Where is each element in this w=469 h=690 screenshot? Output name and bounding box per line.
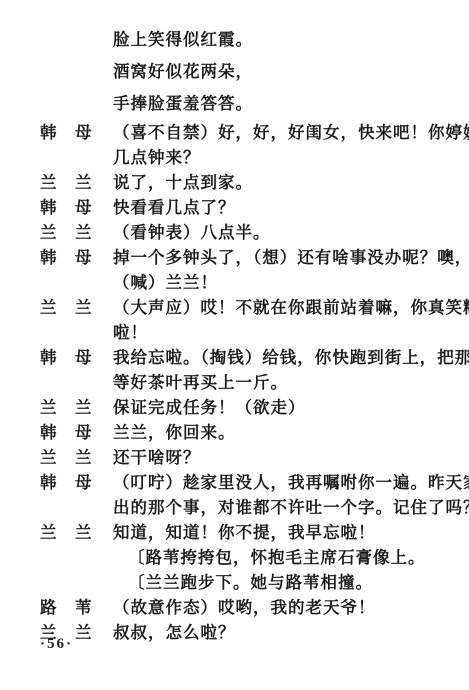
dialogue-text: 快看看几点了？	[113, 198, 236, 217]
speaker-name: 韩 母	[40, 470, 110, 495]
dialogue-continuation: 等好茶叶再买上一斤。	[0, 370, 469, 395]
dialogue-line: 兰 兰 保证完成任务！（欲走）	[0, 395, 469, 420]
speaker-name: 兰 兰	[40, 295, 110, 320]
dialogue-line: 兰 兰 说了，十点到家。	[0, 170, 469, 195]
dialogue-text: （故意作态）哎哟，我的老天爷！	[113, 598, 376, 617]
verse-line: 手捧脸蛋羞答答。	[0, 88, 469, 120]
stage-direction: 〔路苇挎挎包，怀抱毛主席石膏像上。	[0, 545, 469, 570]
dialogue-text: （看钟表）八点半。	[113, 223, 271, 242]
dialogue-line: 韩 母 （喜不自禁）好，好，好闺女，快来吧！你婷嫂说	[0, 120, 469, 145]
dialogue-continuation: 几点钟来？	[0, 145, 469, 170]
speaker-name: 兰 兰	[40, 170, 110, 195]
dialogue-text: 还干啥呀？	[113, 448, 201, 467]
dialogue-line: 路 苇 （故意作态）哎哟，我的老天爷！	[0, 595, 469, 620]
dialogue-line: 韩 母 兰兰，你回来。	[0, 420, 469, 445]
dialogue-text: （喜不自禁）好，好，好闺女，快来吧！你婷嫂说	[113, 123, 469, 142]
verse-line: 酒窝好似花两朵，	[0, 56, 469, 88]
dialogue-line: 兰 兰 （大声应）哎！不就在你跟前站着嘛，你真笑糊涂	[0, 295, 469, 320]
dialogue-text: 等好茶叶再买上一斤。	[113, 373, 288, 392]
speaker-name: 韩 母	[40, 120, 110, 145]
dialogue-line: 兰 兰 （看钟表）八点半。	[0, 220, 469, 245]
dialogue-line: 韩 母 我给忘啦。（掏钱）给钱，你快跑到街上，把那上	[0, 345, 469, 370]
verse-text: 酒窝好似花两朵，	[113, 62, 253, 81]
dialogue-text: 我给忘啦。（掏钱）给钱，你快跑到街上，把那上	[113, 348, 469, 367]
verse-text: 手捧脸蛋羞答答。	[113, 94, 253, 113]
speaker-name: 韩 母	[40, 245, 110, 270]
verse-line: 脸上笑得似红霞。	[0, 24, 469, 56]
stage-direction-text: 〔路苇挎挎包，怀抱毛主席石膏像上。	[128, 548, 426, 567]
dialogue-line: 兰 兰 知道，知道！你不提，我早忘啦！	[0, 520, 469, 545]
speaker-name: 兰 兰	[40, 520, 110, 545]
dialogue-text: 兰兰，你回来。	[113, 423, 236, 442]
speaker-name: 韩 母	[40, 345, 110, 370]
dialogue-text: 出的那个事，对谁都不许吐一个字。记住了吗？	[113, 498, 469, 517]
dialogue-continuation: （喊）兰兰！	[0, 270, 469, 295]
stage-direction-text: 〔兰兰跑步下。她与路苇相撞。	[128, 573, 373, 592]
dialogue-text: （喊）兰兰！	[113, 273, 218, 292]
dialogue-line: 韩 母 掉一个多钟头了，（想）还有啥事没办呢？噢，	[0, 245, 469, 270]
dialogue-text: 保证完成任务！（欲走）	[113, 398, 306, 417]
dialogue-text: 知道，知道！你不提，我早忘啦！	[113, 523, 376, 542]
speaker-name: 韩 母	[40, 420, 110, 445]
dialogue-line: 兰 兰 还干啥呀？	[0, 445, 469, 470]
page-number: ·56·	[40, 636, 73, 653]
dialogue-continuation: 出的那个事，对谁都不许吐一个字。记住了吗？	[0, 495, 469, 520]
dialogue-text: 叔叔，怎么啦？	[113, 623, 236, 642]
dialogue-line: 韩 母 快看看几点了？	[0, 195, 469, 220]
speaker-name: 兰 兰	[40, 395, 110, 420]
dialogue-text: （叮咛）趁家里没人，我再嘱咐你一遍。昨天家里	[113, 473, 469, 492]
dialogue-text: 掉一个多钟头了，（想）还有啥事没办呢？噢，	[113, 248, 469, 267]
script-content: 脸上笑得似红霞。 酒窝好似花两朵， 手捧脸蛋羞答答。 韩 母 （喜不自禁）好，好…	[0, 0, 469, 645]
dialogue-text: 啦！	[113, 323, 148, 342]
dialogue-line: 韩 母 （叮咛）趁家里没人，我再嘱咐你一遍。昨天家里	[0, 470, 469, 495]
speaker-name: 韩 母	[40, 195, 110, 220]
dialogue-continuation: 啦！	[0, 320, 469, 345]
dialogue-text: 说了，十点到家。	[113, 173, 253, 192]
verse-text: 脸上笑得似红霞。	[113, 30, 253, 49]
dialogue-text: 几点钟来？	[113, 148, 201, 167]
stage-direction: 〔兰兰跑步下。她与路苇相撞。	[0, 570, 469, 595]
speaker-name: 兰 兰	[40, 445, 110, 470]
speaker-name: 兰 兰	[40, 220, 110, 245]
speaker-name: 路 苇	[40, 595, 110, 620]
script-page: 脸上笑得似红霞。 酒窝好似花两朵， 手捧脸蛋羞答答。 韩 母 （喜不自禁）好，好…	[0, 0, 469, 690]
dialogue-text: （大声应）哎！不就在你跟前站着嘛，你真笑糊涂	[113, 298, 469, 317]
